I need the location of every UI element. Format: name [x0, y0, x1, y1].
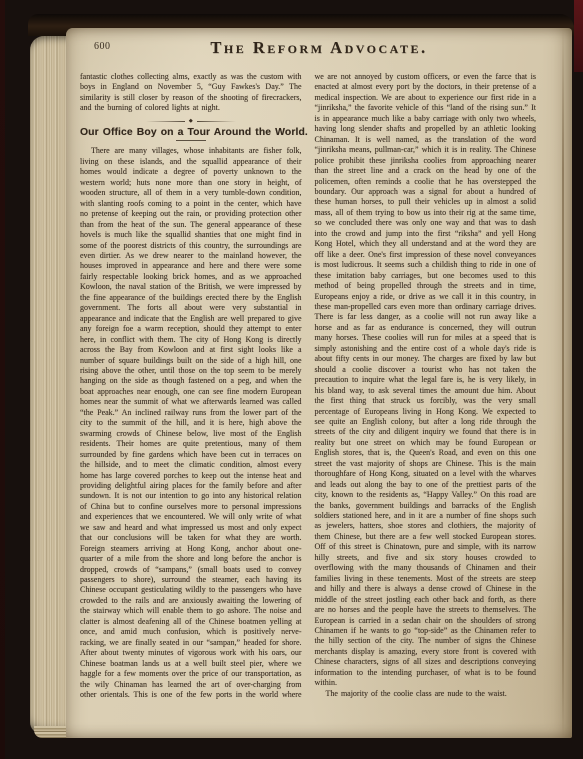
article-closing-paragraph: The majority of the coolie class are nud…	[315, 689, 537, 699]
page-gutter-crease	[562, 28, 564, 738]
divider-line-left-icon	[146, 121, 185, 122]
article-columns: fantastic clothes collecting alms, exact…	[80, 72, 536, 748]
publication-masthead: The Reform Advocate.	[66, 28, 572, 58]
heading-underline-rule	[176, 140, 206, 141]
page-stack-fore-edge	[30, 36, 70, 734]
divider-diamond-icon: ◆	[189, 119, 193, 124]
article-body-paragraph: There are many villages, whose inhabitan…	[80, 72, 536, 700]
book-cover-edge-right	[574, 0, 583, 72]
book-page: 600 The Reform Advocate. fantastic cloth…	[66, 28, 572, 738]
article-heading: Our Office Boy on a Tour Around the Worl…	[80, 128, 302, 138]
section-divider-ornament: ◆	[146, 119, 236, 124]
page-number: 600	[94, 41, 111, 52]
divider-line-right-icon	[197, 121, 236, 122]
scanned-book-photo: 600 The Reform Advocate. fantastic cloth…	[0, 0, 583, 759]
article-intro-paragraph: fantastic clothes collecting alms, exact…	[80, 72, 302, 114]
book-cover-edge-left	[0, 0, 5, 759]
